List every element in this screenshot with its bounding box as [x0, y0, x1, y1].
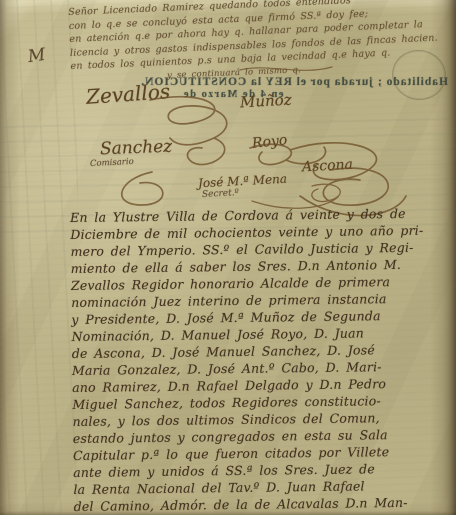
stamp-line-1: Habilitado ; jurada por el REY la CONSTI…	[18, 76, 448, 88]
stamp-line-2: en 4 de Marzo de	[18, 89, 448, 100]
signature-munoz: Muñoz	[240, 91, 292, 112]
act-body: En la Ylustre Villa de Cordova á veinte …	[70, 204, 454, 515]
habilitation-stamp-mirrored: Habilitado ; jurada por el REY la CONSTI…	[18, 76, 448, 100]
signature-royo: Royo	[251, 132, 288, 152]
margin-rubric-mark: M	[27, 45, 47, 67]
signature-sanchez: Sanchez	[100, 137, 173, 160]
body-line: del Camino, Admór. de la de Alcavalas D.…	[74, 493, 454, 515]
signature-mena: José M.ª Mena	[198, 172, 288, 191]
manuscript-page: Señor Licenciado Ramirez quedando todos …	[0, 0, 456, 515]
signature-zevallos: Zevallos	[85, 79, 171, 109]
signature-ascona: Ascona	[302, 157, 354, 176]
signature-mena-title: Secret.º	[202, 188, 239, 200]
signature-sanchez-title: Comisario	[90, 157, 134, 169]
